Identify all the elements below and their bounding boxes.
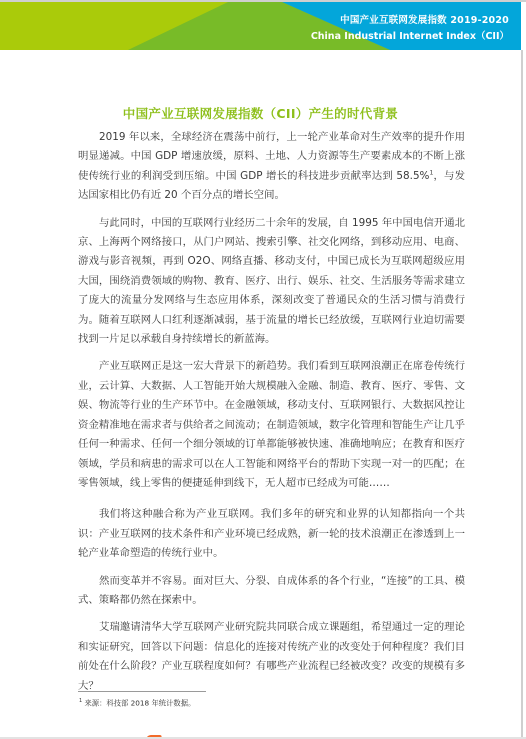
header-title-en: China Industrial Internet Index（CII） bbox=[311, 29, 509, 45]
paragraph-4: 我们将这种融合称为产业互联网。我们多年的研究和业界的认知都指向一个共识：产业互联… bbox=[78, 505, 465, 563]
header-title-cn: 中国产业互联网发展指数 2019-2020 bbox=[311, 13, 509, 29]
page-title: 中国产业互联网发展指数（CII）产生的时代背景 bbox=[0, 104, 521, 122]
paragraph-5: 然而变革并不容易。面对巨大、分裂、自成体系的各个行业，“连接”的工具、模式、策略… bbox=[78, 572, 465, 611]
footnote-divider bbox=[78, 691, 206, 692]
body-text: 2019 年以来，全球经济在震荡中前行，上一轮产业革命对生产效率的提升作用明显递… bbox=[78, 128, 465, 704]
paragraph-2: 与此同时，中国的互联网行业经历二十余年的发展，自 1995 年中国电信开通北京、… bbox=[78, 214, 465, 350]
page-header-banner: 中国产业互联网发展指数 2019-2020 China Industrial I… bbox=[0, 2, 521, 50]
paragraph-1: 2019 年以来，全球经济在震荡中前行，上一轮产业革命对生产效率的提升作用明显递… bbox=[78, 128, 465, 206]
paragraph-1-text: 2019 年以来，全球经济在震荡中前行，上一轮产业革命对生产效率的提升作用明显递… bbox=[78, 131, 465, 182]
paragraph-3: 产业互联网正是这一宏大背景下的新趋势。我们看到互联网浪潮正在席卷传统行业，云计算… bbox=[78, 357, 465, 493]
page-right-edge bbox=[521, 50, 523, 737]
footnote: 1 来源：科技部 2018 年统计数据。 bbox=[79, 698, 195, 708]
paragraph-6: 艾瑞邀请清华大学互联网产业研究院共同联合成立课题组，希望通过一定的理论和实证研究… bbox=[78, 618, 465, 696]
footnote-marker: 1 bbox=[79, 698, 82, 704]
footnote-text: 来源：科技部 2018 年统计数据。 bbox=[85, 698, 196, 707]
header-title-block: 中国产业互联网发展指数 2019-2020 China Industrial I… bbox=[311, 13, 509, 45]
